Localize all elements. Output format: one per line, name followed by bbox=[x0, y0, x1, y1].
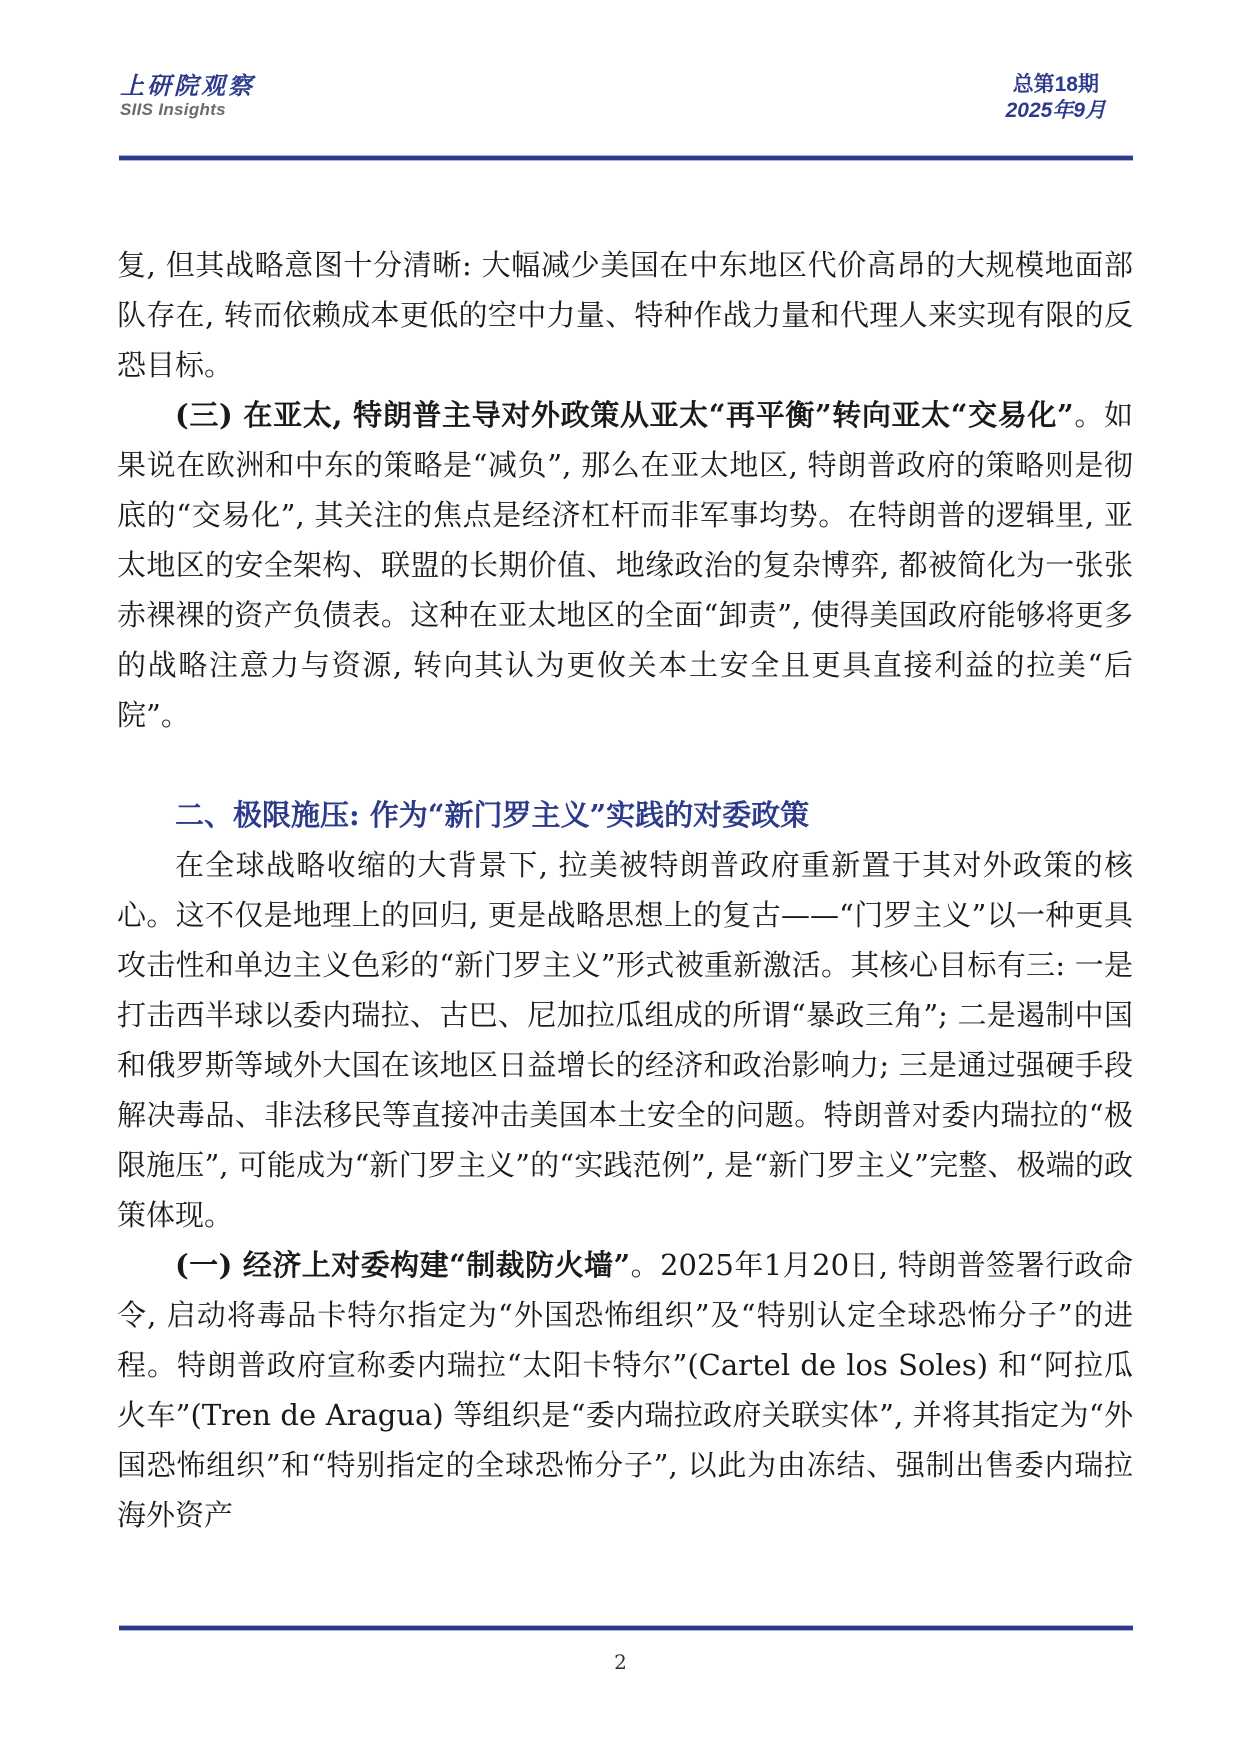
issue-info: 总第18期 2025年9月 bbox=[1006, 72, 1106, 124]
page-number: 2 bbox=[0, 1650, 1241, 1674]
paragraph-lead-heading: (一) 经济上对委构建“制裁防火墙” bbox=[175, 1248, 630, 1282]
issue-date: 2025年9月 bbox=[1006, 98, 1106, 124]
publication-logo: 上研院观察 SIIS Insights bbox=[120, 72, 255, 120]
paragraph-text: 。如果说在欧洲和中东的策略是“减负”, 那么在亚太地区, 特朗普政府的策略则是彻… bbox=[117, 398, 1133, 732]
logo-english-title: SIIS Insights bbox=[120, 100, 255, 120]
article-body: 复, 但其战略意图十分清晰: 大幅减少美国在中东地区代价高昂的大规模地面部队存在… bbox=[117, 240, 1133, 1540]
paragraph-continuation: 复, 但其战略意图十分清晰: 大幅减少美国在中东地区代价高昂的大规模地面部队存在… bbox=[117, 240, 1133, 390]
logo-chinese-title: 上研院观察 bbox=[120, 72, 255, 100]
paragraph-sanctions: (一) 经济上对委构建“制裁防火墙”。2025年1月20日, 特朗普签署行政命令… bbox=[117, 1240, 1133, 1540]
section-heading: 二、极限施压: 作为“新门罗主义”实践的对委政策 bbox=[117, 790, 1133, 840]
paragraph-new-monroe: 在全球战略收缩的大背景下, 拉美被特朗普政府重新置于其对外政策的核心。这不仅是地… bbox=[117, 840, 1133, 1240]
paragraph-lead-heading: (三) 在亚太, 特朗普主导对外政策从亚太“再平衡”转向亚太“交易化” bbox=[175, 398, 1074, 432]
footer-divider bbox=[119, 1626, 1133, 1630]
issue-number: 总第18期 bbox=[1006, 72, 1106, 98]
paragraph-text: 。2025年1月20日, 特朗普签署行政命令, 启动将毒品卡特尔指定为“外国恐怖… bbox=[117, 1248, 1133, 1532]
paragraph-asia-pacific: (三) 在亚太, 特朗普主导对外政策从亚太“再平衡”转向亚太“交易化”。如果说在… bbox=[117, 390, 1133, 740]
header-divider bbox=[119, 156, 1133, 160]
